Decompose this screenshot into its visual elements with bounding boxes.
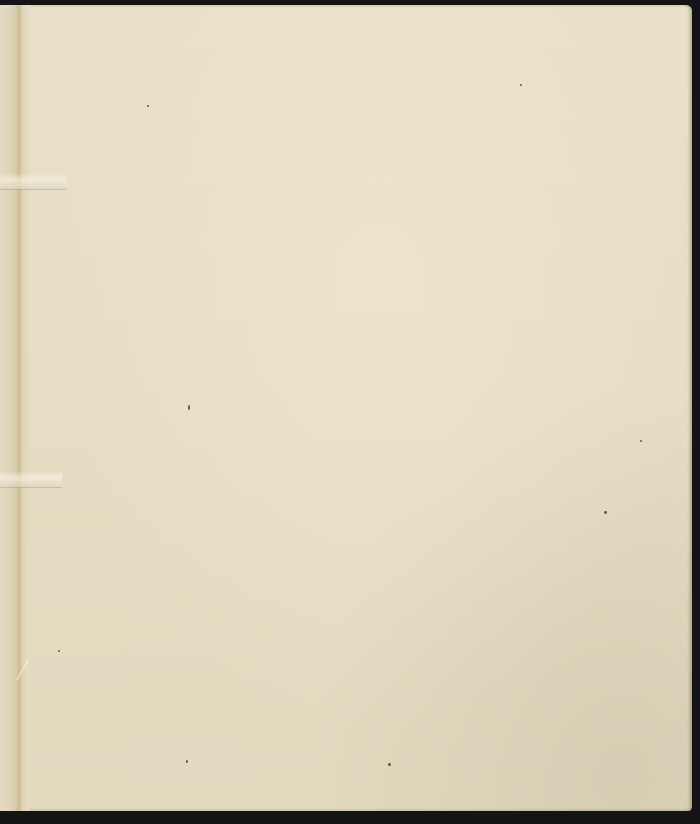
scanned-page-view [0,0,700,824]
paper-speck [147,105,149,107]
binding-gutter [0,5,30,811]
paper-speck [188,405,190,410]
binding-stitch-lower [0,471,62,488]
blank-page [0,5,692,811]
paper-speck [58,650,60,652]
paper-speck [520,84,522,86]
binding-stitch-upper [0,173,66,190]
paper-speck [186,760,188,763]
paper-speck [388,763,391,766]
paper-speck [640,440,642,442]
paper-speck [604,511,607,514]
gutter-fold [16,5,22,811]
